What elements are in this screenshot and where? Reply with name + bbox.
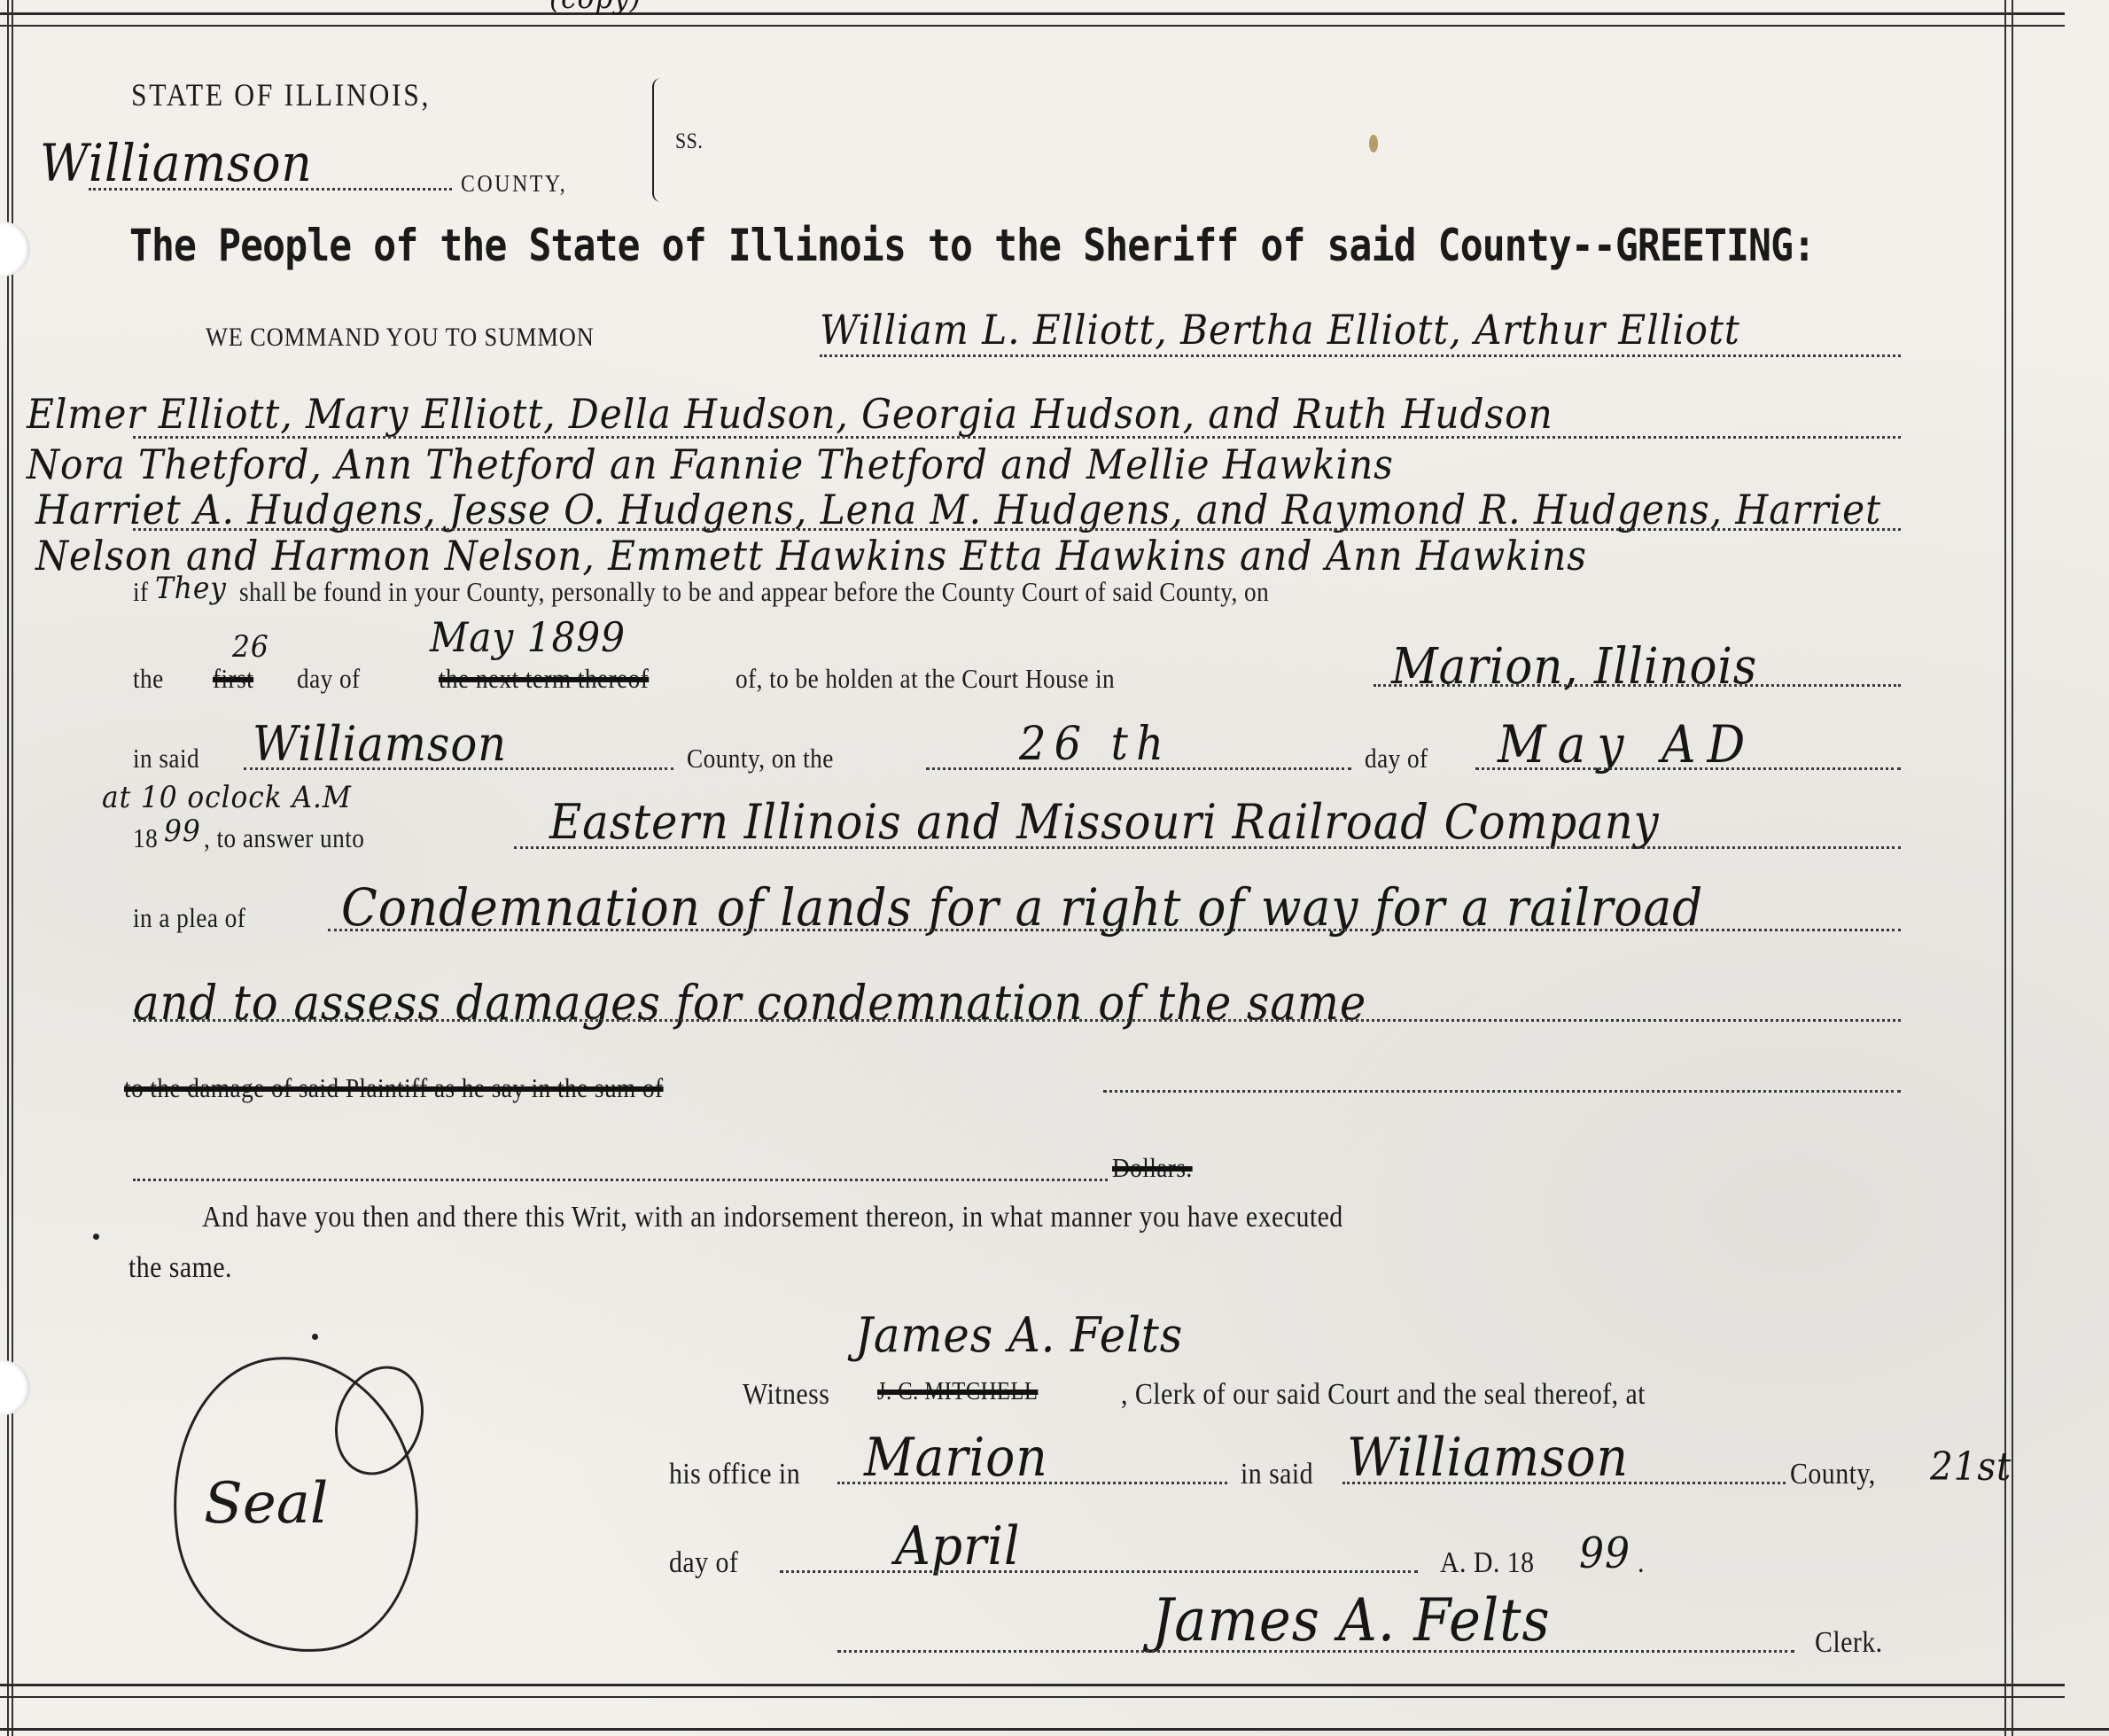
year-suffix: 99 xyxy=(164,814,201,849)
struck-dollars: Dollars. xyxy=(1112,1152,1193,1184)
top-border-rule xyxy=(0,12,2065,15)
witness-day-value: 21st xyxy=(1930,1444,2012,1490)
hearing-date-month-rule xyxy=(1475,767,1901,770)
plea-line-1-rule xyxy=(328,929,1901,931)
hearing-county-rule xyxy=(244,767,673,770)
clerk-label: Clerk. xyxy=(1815,1626,1883,1660)
office-county: Williamson xyxy=(1347,1427,1629,1489)
defendant-line-2: Elmer Elliott, Mary Elliott, Della Hudso… xyxy=(27,390,1553,438)
witness-ad-label: A. D. 18 xyxy=(1440,1546,1535,1580)
hearing-term-struck: the next term thereof xyxy=(439,663,649,695)
dollars-rule xyxy=(133,1179,1108,1181)
clerk-signature-rule xyxy=(837,1650,1794,1653)
witness-clerk-inserted: James A. Felts xyxy=(855,1307,1183,1363)
hearing-day-struck: first xyxy=(213,663,253,695)
office-label: his office in xyxy=(669,1458,800,1491)
punch-hole-top xyxy=(0,222,30,276)
defendant-line-1-rule xyxy=(820,354,1901,357)
seal-dot xyxy=(312,1334,318,1340)
appear-inserted-word: They xyxy=(155,571,227,606)
witness-clerk-clause: , Clerk of our said Court and the seal t… xyxy=(1121,1378,1646,1412)
witness-day-of-label: day of xyxy=(669,1546,738,1580)
defendant-line-2-rule xyxy=(133,436,1901,439)
venue-brace xyxy=(652,78,666,202)
the-label: the xyxy=(133,663,164,695)
bottom-border-rule-inner xyxy=(0,1696,2065,1698)
plaintiff-name: Eastern Illinois and Missouri Railroad C… xyxy=(549,794,1660,850)
right-border-rule-inner xyxy=(2012,0,2013,1736)
hearing-day-inserted: 26 xyxy=(232,629,269,665)
plaintiff-rule xyxy=(514,846,1901,849)
witness-month-rule xyxy=(780,1570,1418,1573)
witness-year-suffix: 99 xyxy=(1579,1529,1630,1578)
day-of-label: day of xyxy=(297,663,361,695)
plea-line-2: and to assess damages for condemnation o… xyxy=(133,975,1366,1031)
defendant-line-4-rule xyxy=(133,528,1901,531)
top-fragment: (copy) xyxy=(549,0,642,16)
bottom-border-rule xyxy=(0,1684,2065,1686)
witness-year-period: . xyxy=(1638,1546,1645,1580)
hearing-place-rule xyxy=(1374,684,1901,687)
clerk-signature: James A. Felts xyxy=(1152,1586,1551,1654)
return-clause-line-1: And have you then and there this Writ, w… xyxy=(202,1201,1343,1234)
command-label: WE COMMAND YOU TO SUMMON xyxy=(206,323,595,353)
hearing-county: Williamson xyxy=(253,716,507,772)
hearing-time-note: at 10 oclock A.M xyxy=(102,780,352,815)
date-dayof-label: day of xyxy=(1365,743,1428,775)
speck xyxy=(93,1234,99,1240)
county-label: COUNTY, xyxy=(461,170,567,198)
plea-label: in a plea of xyxy=(133,902,245,934)
appear-clause: shall be found in your County, personall… xyxy=(239,576,1269,608)
defendant-line-5: Nelson and Harmon Nelson, Emmett Hawkins… xyxy=(35,532,1587,580)
office-county-label: County, xyxy=(1790,1458,1876,1491)
office-city-rule xyxy=(837,1482,1227,1484)
witness-clerk-struck: J. C. MITCHELL xyxy=(877,1378,1038,1406)
defendant-line-1: William L. Elliott, Bertha Elliott, Arth… xyxy=(820,306,1740,354)
hearing-date-month: May AD xyxy=(1498,714,1756,775)
year-prefix: 18 xyxy=(133,822,158,854)
return-clause-line-2: the same. xyxy=(128,1251,232,1285)
page-bottom-edge xyxy=(0,1728,2109,1731)
struck-damage-clause: to the damage of said Plaintiff as he sa… xyxy=(124,1072,664,1104)
office-in-said-label: in said xyxy=(1241,1458,1313,1491)
plea-line-2-rule xyxy=(133,1019,1901,1022)
paper-stain xyxy=(1369,135,1378,152)
punch-hole-bottom xyxy=(0,1360,30,1415)
venue-county-handwritten: Williamson xyxy=(40,133,313,193)
seal-label: Seal xyxy=(204,1471,328,1537)
top-border-rule-inner xyxy=(0,25,2065,27)
answer-label: , to answer unto xyxy=(204,822,364,854)
hearing-date-day: 26 th xyxy=(1019,718,1171,771)
hearing-date-day-rule xyxy=(926,767,1351,770)
ss-label: SS. xyxy=(675,129,703,154)
witness-month: April xyxy=(895,1515,1021,1577)
hearing-term-inserted: May 1899 xyxy=(430,613,626,661)
witness-label: Witness xyxy=(743,1378,829,1412)
damage-amount-rule xyxy=(1103,1090,1901,1093)
document-page: (copy) STATE OF ILLINOIS, Williamson COU… xyxy=(0,0,2109,1736)
venue-county-line xyxy=(89,188,452,191)
writ-title: The People of the State of Illinois to t… xyxy=(129,220,1815,271)
hearing-place: Marion, Illinois xyxy=(1391,638,1757,696)
appear-prefix: if xyxy=(133,576,149,608)
state-label: STATE OF ILLINOIS, xyxy=(131,76,431,113)
defendant-line-4: Harriet A. Hudgens, Jesse O. Hudgens, Le… xyxy=(35,486,1881,533)
holden-label: of, to be holden at the Court House in xyxy=(735,663,1115,695)
defendant-line-3: Nora Thetford, Ann Thetford an Fannie Th… xyxy=(27,440,1394,488)
office-city: Marion xyxy=(864,1427,1048,1489)
office-county-rule xyxy=(1342,1482,1786,1484)
county-on-label: County, on the xyxy=(687,743,834,775)
in-said-label: in said xyxy=(133,743,199,775)
